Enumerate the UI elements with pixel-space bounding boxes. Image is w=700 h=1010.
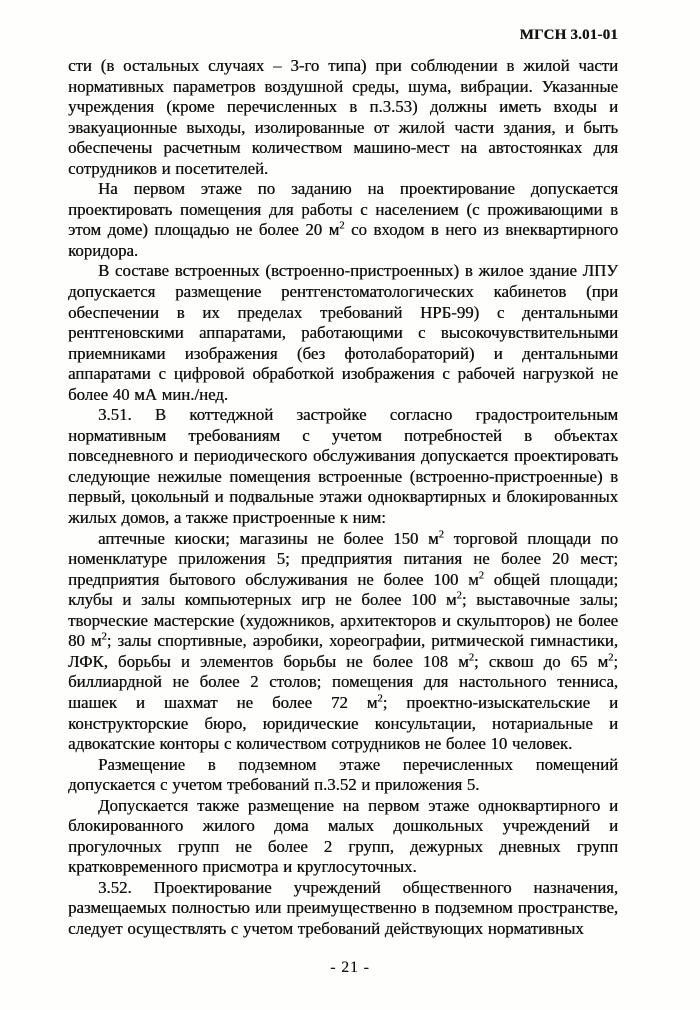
paragraph: В составе встроенных (встроенно-пристрое…: [68, 261, 618, 405]
scanned-document-page: МГСН 3.01-01 сти (в остальных случаях – …: [0, 0, 700, 1010]
paragraph: аптечные киоски; магазины не более 150 м…: [68, 529, 618, 755]
paragraph: 3.52. Проектирование учреждений обществе…: [68, 878, 618, 940]
paragraph: На первом этаже по заданию на проектиров…: [68, 179, 618, 261]
document-code-header: МГСН 3.01-01: [68, 27, 618, 44]
paragraph: Размещение в подземном этаже перечисленн…: [68, 755, 618, 796]
paragraph: сти (в остальных случаях – 3-го типа) пр…: [68, 56, 618, 179]
paragraph: 3.51. В коттеджной застройке согласно гр…: [68, 405, 618, 528]
paragraph: Допускается также размещение на первом э…: [68, 796, 618, 878]
document-body: сти (в остальных случаях – 3-го типа) пр…: [68, 56, 618, 940]
page-number: - 21 -: [0, 959, 700, 977]
